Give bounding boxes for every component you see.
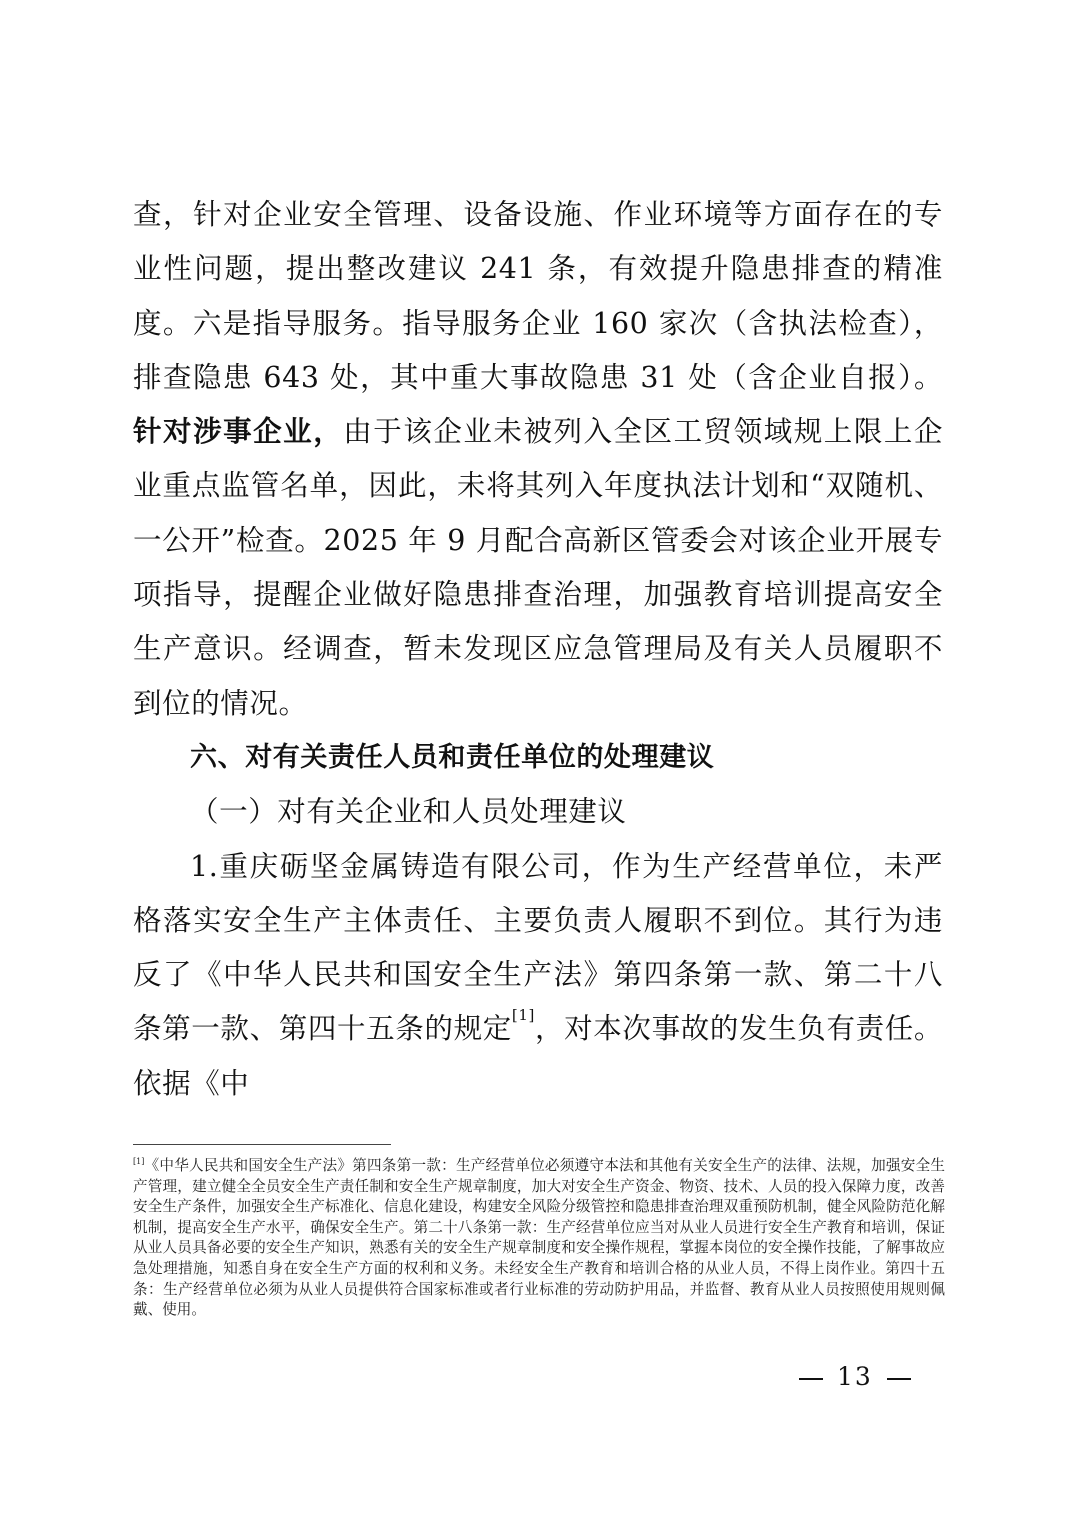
document-page: 查，针对企业安全管理、设备设施、作业环境等方面存在的专业性问题，提出整改建议 2… [0,0,1074,1520]
section-heading: 六、对有关责任人员和责任单位的处理建议 [133,731,943,785]
footnote-reference[interactable]: [1] [512,1006,535,1024]
dash-right [887,1378,911,1380]
footnote-marker: [1] [133,1157,144,1166]
paragraph-item-1: 1.重庆砺坚金属铸造有限公司，作为生产经营单位，未严格落实安全生产主体责任、主要… [133,840,943,1111]
subsection-heading: （一）对有关企业和人员处理建议 [133,785,943,839]
page-number: 13 [785,1362,925,1391]
body-text: 查，针对企业安全管理、设备设施、作业环境等方面存在的专业性问题，提出整改建议 2… [133,188,943,1111]
bold-phrase: 针对涉事企业， [133,415,343,448]
paragraph-continued: 查，针对企业安全管理、设备设施、作业环境等方面存在的专业性问题，提出整改建议 2… [133,188,943,731]
dash-left [799,1378,823,1380]
footnote: [1]《中华人民共和国安全生产法》第四条第一款：生产经营单位必须遵守本法和其他有… [133,1156,945,1321]
footnote-text: 《中华人民共和国安全生产法》第四条第一款：生产经营单位必须遵守本法和其他有关安全… [133,1157,945,1318]
footnote-divider [133,1144,391,1145]
